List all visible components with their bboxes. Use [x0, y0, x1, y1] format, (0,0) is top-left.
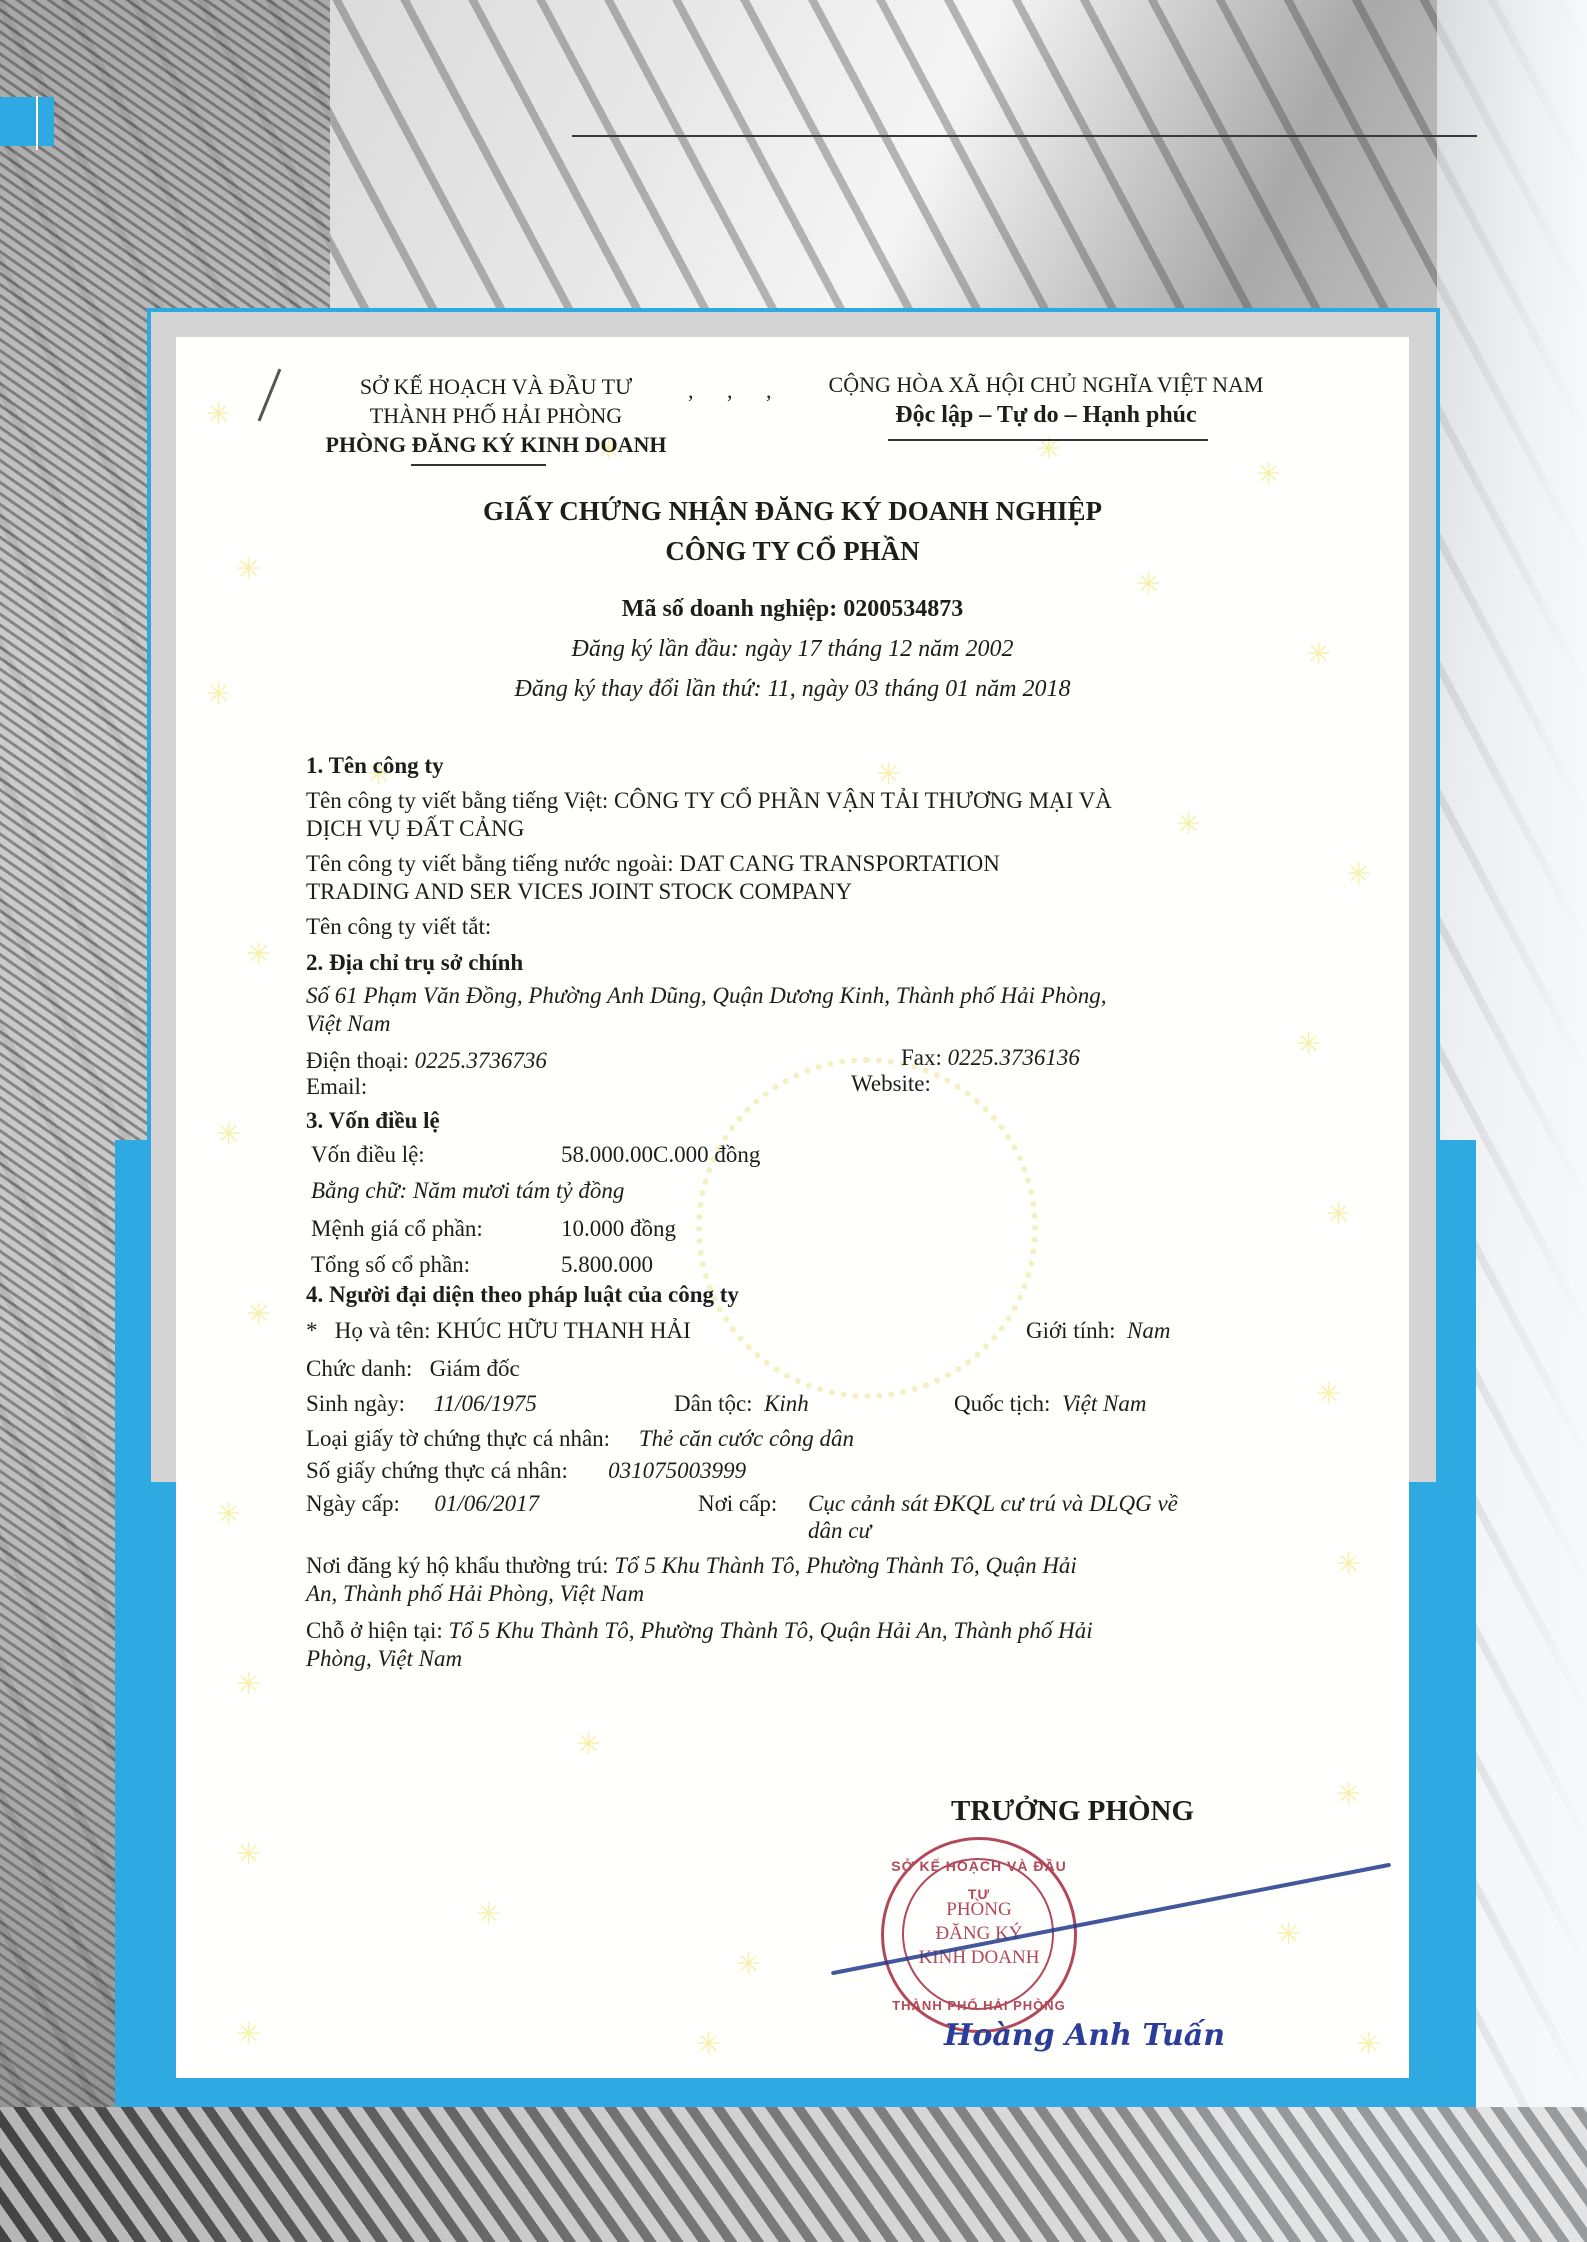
national-header: CỘNG HÒA XÃ HỘI CHỦ NGHĨA VIỆT NAM Độc l… [776, 370, 1316, 430]
pen-mark [258, 368, 282, 421]
id-type-value: Thẻ căn cước công dân [639, 1426, 854, 1451]
permanent-address-value-cont: An, Thành phố Hải Phòng, Việt Nam [306, 1580, 644, 1608]
signer-name: Hoàng Anh Tuấn [944, 2022, 1225, 2050]
section-3-heading: 3. Vốn điều lệ [306, 1107, 440, 1135]
issuing-authority: SỞ KẾ HOẠCH VÀ ĐẦU TƯ THÀNH PHỐ HẢI PHÒN… [306, 372, 686, 459]
phone-row: Điện thoại: 0225.3736736 [306, 1047, 547, 1075]
enterprise-code: Mã số doanh nghiệp: 0200534873 [176, 595, 1409, 623]
dob-row: Sinh ngày: 11/06/1975 [306, 1390, 537, 1418]
total-shares-value: 5.800.000 [561, 1251, 653, 1279]
job-title-value: Giám đốc [430, 1356, 520, 1381]
issue-place-value: Cục cảnh sát ĐKQL cư trú và DLQG về [808, 1490, 1178, 1518]
website-label: Website: [851, 1070, 931, 1098]
foreign-name-label: Tên công ty viết bằng tiếng nước ngoài: [306, 851, 674, 876]
fax-row: Fax: 0225.3736136 [901, 1044, 1080, 1072]
signatory-position: TRƯỞNG PHÒNG [951, 1797, 1194, 1825]
phone-label: Điện thoại: [306, 1048, 409, 1073]
permanent-address-row: Nơi đăng ký hộ khẩu thường trú: Tổ 5 Khu… [306, 1552, 1077, 1580]
current-address-value: Tổ 5 Khu Thành Tô, Phường Thành Tô, Quận… [448, 1618, 1092, 1643]
id-number-value: 031075003999 [608, 1458, 746, 1483]
issue-date-row: Ngày cấp: 01/06/2017 [306, 1490, 539, 1518]
nationality-label: Quốc tịch: [954, 1391, 1050, 1416]
issue-date-label: Ngày cấp: [306, 1491, 400, 1516]
foreign-name-value-cont: TRADING AND SER VICES JOINT STOCK COMPAN… [306, 878, 852, 906]
job-title-label: Chức danh: [306, 1356, 412, 1381]
fax-label: Fax: [901, 1045, 942, 1070]
head-office-address-cont: Việt Nam [306, 1010, 391, 1038]
representative-name-row: * Họ và tên: KHÚC HỮU THANH HẢI [306, 1317, 691, 1345]
country-name: CỘNG HÒA XÃ HỘI CHỦ NGHĨA VIỆT NAM [776, 370, 1316, 400]
name-label: Họ và tên: [335, 1318, 431, 1343]
dob-label: Sinh ngày: [306, 1391, 405, 1416]
vn-name-value: CÔNG TY CỔ PHẦN VẬN TẢI THƯƠNG MẠI VÀ [614, 788, 1112, 813]
ethnicity-value: Kinh [764, 1391, 809, 1416]
gender-value: Nam [1127, 1318, 1170, 1343]
ethnicity-row: Dân tộc: Kinh [674, 1390, 809, 1418]
section-2-heading: 2. Địa chỉ trụ sở chính [306, 949, 523, 977]
vn-company-name: Tên công ty viết bằng tiếng Việt: CÔNG T… [306, 787, 1112, 815]
capital-value: 58.000.00C.000 đồng [561, 1141, 760, 1169]
dob-value: 11/06/1975 [434, 1391, 537, 1416]
authority-line-3: PHÒNG ĐĂNG KÝ KINH DOANH [306, 430, 686, 459]
current-address-row: Chỗ ở hiện tại: Tổ 5 Khu Thành Tô, Phườn… [306, 1617, 1093, 1645]
fax-value: 0225.3736136 [948, 1045, 1080, 1070]
representative-name: KHÚC HỮU THANH HẢI [436, 1318, 690, 1343]
header-dots: , , , [688, 377, 786, 405]
stamp-center-line-1: PHÒNG [884, 1898, 1074, 1922]
permanent-address-value: Tổ 5 Khu Thành Tô, Phường Thành Tô, Quận… [614, 1553, 1077, 1578]
total-shares-label: Tổng số cổ phần: [311, 1251, 470, 1279]
gender-row: Giới tính: Nam [1026, 1317, 1170, 1345]
nationality-row: Quốc tịch: Việt Nam [954, 1390, 1147, 1418]
first-registration-date: Đăng ký lần đầu: ngày 17 tháng 12 năm 20… [176, 635, 1409, 663]
id-type-row: Loại giấy tờ chứng thực cá nhân: Thẻ căn… [306, 1425, 854, 1453]
id-number-row: Số giấy chứng thực cá nhân: 031075003999 [306, 1457, 746, 1485]
phone-value: 0225.3736736 [415, 1048, 547, 1073]
capital-label: Vốn điều lệ: [311, 1141, 425, 1169]
email-label: Email: [306, 1073, 367, 1101]
par-value-label: Mệnh giá cổ phần: [311, 1215, 483, 1243]
nationality-value: Việt Nam [1062, 1391, 1147, 1416]
issue-place-label: Nơi cấp: [698, 1490, 777, 1518]
issue-date-value: 01/06/2017 [434, 1491, 539, 1516]
permanent-address-label: Nơi đăng ký hộ khẩu thường trú: [306, 1553, 609, 1578]
gender-label: Giới tính: [1026, 1318, 1115, 1343]
vn-name-label: Tên công ty viết bằng tiếng Việt: [306, 788, 608, 813]
job-title-row: Chức danh: Giám đốc [306, 1355, 520, 1383]
certificate-title: GIẤY CHỨNG NHẬN ĐĂNG KÝ DOANH NGHIỆP [176, 497, 1409, 525]
stamp-ring-bottom-text: THÀNH PHỐ HẢI PHÒNG [884, 1992, 1074, 2020]
current-address-value-cont: Phòng, Việt Nam [306, 1645, 462, 1673]
current-address-label: Chỗ ở hiện tại: [306, 1618, 443, 1643]
tab-marker-divider [36, 96, 38, 150]
issue-place-value-cont: dân cư [808, 1517, 871, 1545]
building-photo-region [0, 2107, 1587, 2242]
authority-underline [411, 464, 546, 466]
ethnicity-label: Dân tộc: [674, 1391, 753, 1416]
authority-line-2: THÀNH PHỐ HẢI PHÒNG [306, 401, 686, 430]
header-rule [572, 135, 1477, 137]
id-type-label: Loại giấy tờ chứng thực cá nhân: [306, 1426, 610, 1451]
id-number-label: Số giấy chứng thực cá nhân: [306, 1458, 568, 1483]
national-motto: Độc lập – Tự do – Hạnh phúc [776, 400, 1316, 430]
bullet-asterisk: * [306, 1318, 318, 1343]
vn-name-value-cont: DỊCH VỤ ĐẤT CẢNG [306, 815, 524, 843]
authority-line-1: SỞ KẾ HOẠCH VÀ ĐẦU TƯ [306, 372, 686, 401]
certificate-subtitle: CÔNG TY CỔ PHẦN [176, 537, 1409, 565]
section-4-heading: 4. Người đại diện theo pháp luật của côn… [306, 1281, 739, 1309]
blue-tab-marker [0, 97, 54, 146]
foreign-name-value: DAT CANG TRANSPORTATION [679, 851, 1000, 876]
par-value: 10.000 đồng [561, 1215, 676, 1243]
capital-in-words: Bằng chữ: Năm mươi tám tỷ đồng [311, 1177, 624, 1205]
business-registration-certificate: ✳ ✳ ✳ ✳ ✳ ✳ ✳ ✳ ✳ ✳ ✳ ✳ ✳ ✳ ✳ ✳ ✳ ✳ ✳ ✳ … [176, 337, 1409, 2078]
official-red-stamp: SỞ KẾ HOẠCH VÀ ĐẦU TƯ PHÒNG ĐĂNG KÝ KINH… [881, 1837, 1077, 2033]
short-name-label: Tên công ty viết tắt: [306, 913, 491, 941]
motto-underline [888, 439, 1208, 441]
foreign-company-name: Tên công ty viết bằng tiếng nước ngoài: … [306, 850, 1000, 878]
change-registration-date: Đăng ký thay đổi lần thứ: 11, ngày 03 th… [176, 675, 1409, 703]
head-office-address: Số 61 Phạm Văn Đồng, Phường Anh Dũng, Qu… [306, 982, 1107, 1010]
section-1-heading: 1. Tên công ty [306, 752, 444, 780]
